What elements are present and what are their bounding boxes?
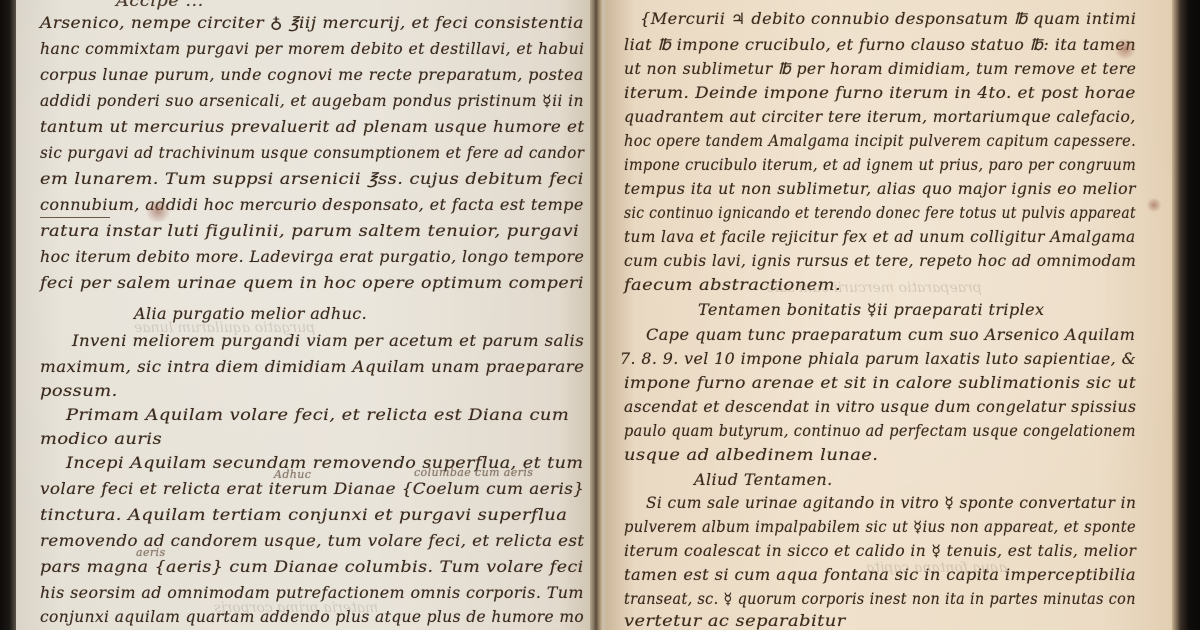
left-line-22: pars magna {aeris} cum Dianae columbis. …	[40, 558, 584, 576]
book-left-edge	[0, 0, 16, 630]
left-line-9: ratura instar luti figulinii, parum salt…	[40, 222, 579, 240]
right-line-24: transeat, sc. ☿ quorum corporis inest no…	[624, 590, 1136, 608]
right-line-6: impone crucibulo iterum, et ad ignem ut …	[624, 156, 1136, 174]
right-line-2: ut non sublimetur ℔ per horam dimidiam, …	[624, 60, 1136, 78]
left-line-5: tantum ut mercurius prevaluerit ad plena…	[40, 118, 585, 136]
ink-stain	[144, 200, 172, 222]
right-heading-tentamen: Tentamen bonitatis ☿ii praeparati triple…	[698, 300, 1044, 319]
ink-stain	[1114, 38, 1136, 60]
interlinear-note: columbae cum aeris	[414, 466, 533, 479]
left-line-2: hanc commixtam purgavi per morem debito …	[40, 40, 584, 58]
book-gutter	[590, 0, 602, 630]
right-line-8: sic continuo ignicando et terendo donec …	[624, 204, 1136, 222]
left-line-4: addidi ponderi suo arsenicali, et augeba…	[40, 92, 584, 110]
left-line-15: possum.	[40, 382, 118, 400]
right-line-18: usque ad albedinem lunae.	[624, 446, 878, 464]
left-line-7: em lunarem. Tum suppsi arsenicii ℥ss. cu…	[40, 170, 584, 188]
left-line-17: modico auris	[40, 430, 162, 448]
right-line-0: {Mercurii ♃ debito connubio desponsatum …	[640, 10, 1136, 28]
right-line-4: quadrantem aut circiter tere iterum, mor…	[624, 108, 1136, 126]
right-line-22: iterum coalescat in sicco et calido in ☿…	[624, 542, 1136, 560]
left-line-6: sic purgavi ad trachivinum usque consump…	[40, 144, 584, 162]
right-line-20: Si cum sale urinae agitando in vitro ☿ s…	[646, 494, 1136, 512]
right-line-7: tempus ita ut non sublimetur, alias quo …	[624, 180, 1136, 198]
right-line-10: cum cubis lavi, ignis rursus et tere, re…	[624, 252, 1136, 270]
left-line-1: Arsenico, nempe circiter ♁ ℥iij mercurij…	[40, 14, 584, 32]
right-line-25: vertetur ac separabitur	[624, 612, 846, 630]
right-line-17: paulo quam butyrum, continuo ad perfecta…	[624, 422, 1136, 440]
left-line-19: volare feci et relicta erat iterum Diana…	[40, 480, 584, 498]
right-line-14: 7. 8. 9. vel 10 impone phiala parum laxa…	[620, 350, 1136, 368]
left-line-21: removendo ad candorem usque, tum volare …	[40, 532, 584, 550]
left-line-10: hoc iterum debito more. Ladevirga erat p…	[40, 248, 584, 266]
left-line-11: feci per salem urinae quem in hoc opere …	[40, 274, 584, 292]
book-right-edge	[1172, 0, 1200, 630]
right-line-5: hoc opere tandem Amalgama incipit pulver…	[624, 132, 1136, 150]
right-line-1: liat ℔ impone crucibulo, et furno clauso…	[624, 36, 1136, 54]
left-line-3: corpus lunae purum, unde cognovi me rect…	[40, 66, 584, 84]
right-heading-aliud-tentamen: Aliud Tentamen.	[694, 470, 833, 489]
right-line-16: ascendat et descendat in vitro usque dum…	[624, 398, 1136, 416]
right-line-3: iterum. Deinde impone furno iterum in 4t…	[624, 84, 1136, 102]
left-line-20: tinctura. Aquilam tertiam conjunxi et pu…	[40, 506, 567, 524]
left-line-0: Accipe ...	[116, 0, 204, 10]
right-line-13: Cape quam tunc praeparatum cum suo Arsen…	[646, 326, 1135, 344]
underline-mark	[40, 217, 110, 218]
left-line-16: Primam Aquilam volare feci, et relicta e…	[66, 406, 569, 424]
left-page: Accipe ... Arsenico, nempe circiter ♁ ℥i…	[14, 0, 606, 630]
right-line-21: pulverem album impalpabilem sic ut ☿ius …	[624, 518, 1136, 536]
left-line-8: connubium, addidi hoc mercurio desponsat…	[40, 196, 584, 214]
right-page: {Mercurii ♃ debito connubio desponsatum …	[606, 0, 1186, 630]
right-line-9: tum lava et facile rejicitur fex et ad u…	[624, 228, 1136, 246]
ink-stain	[1146, 198, 1162, 212]
right-line-15: impone furno arenae et sit in calore sub…	[624, 374, 1136, 392]
left-line-14: maximum, sic intra diem dimidiam Aquilam…	[40, 358, 584, 376]
